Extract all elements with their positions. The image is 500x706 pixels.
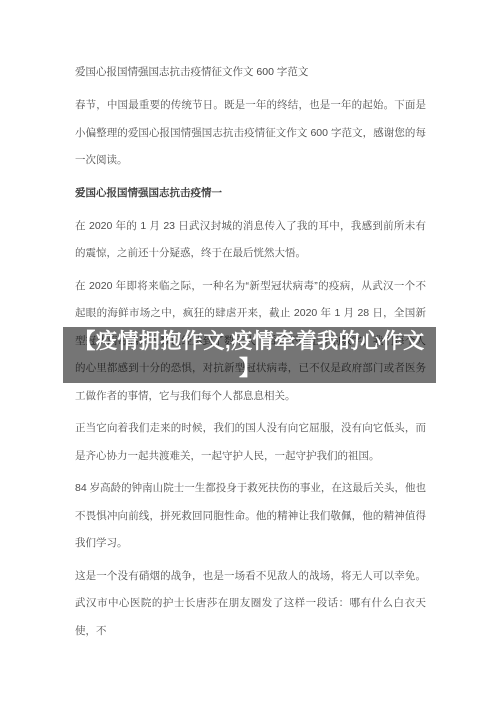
paragraph-nation-unites: 正当它向着我们走来的时候，我们的国人没有向它屈服，没有向它低头，而是齐心协力一起… xyxy=(75,415,426,470)
page-title: 爱国心报国情强国志抗击疫情征文作文 600 字范文 xyxy=(75,59,426,86)
paragraph-wuhan-lockdown: 在 2020 年的 1 月 23 日武汉封城的消息传入了我的耳中，我感到前所未有… xyxy=(75,213,426,268)
overlay-title-banner: 【疫情拥抱作文,疫情牵着我的心作文 】 xyxy=(63,327,436,383)
overlay-banner-text-line2: 】 xyxy=(63,356,436,381)
overlay-banner-text-line1: 【疫情拥抱作文,疫情牵着我的心作文 xyxy=(63,327,436,356)
paragraph-zhong-nanshan: 84 岁高龄的钟南山院士一生都投身于救死扶伤的事业，在这最后关头，他也不畏惧冲向… xyxy=(75,475,426,558)
paragraph-smokeless-war: 这是一个没有硝烟的战争，也是一场看不见敌人的战场，将无人可以幸免。武汉市中心医院… xyxy=(75,563,426,646)
section-heading: 爱国心报国情强国志抗击疫情一 xyxy=(75,180,426,207)
intro-paragraph: 春节，中国最重要的传统节日。既是一年的终结，也是一年的起始。下面是小偏整理的爱国… xyxy=(75,92,426,175)
